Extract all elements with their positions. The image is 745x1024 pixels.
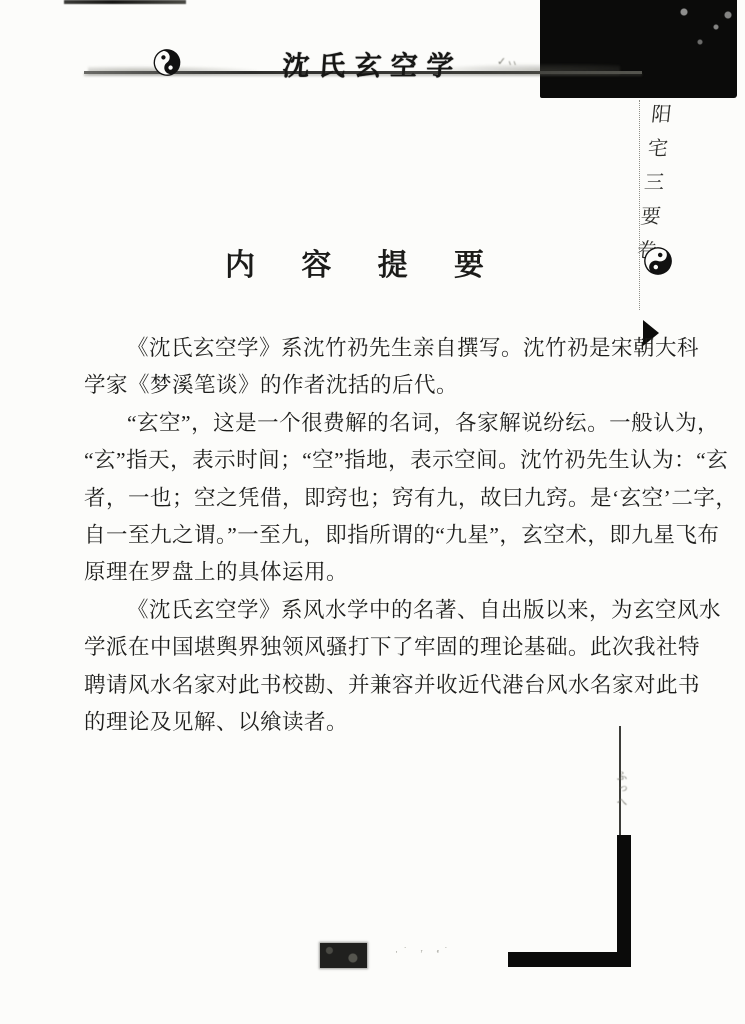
scan-streak-top-left [64,0,186,4]
paragraph-line: “玄空”，这是一个很费解的名词，各家解说纷纭。一般认为， [84,405,640,442]
side-label-char: 宅 [645,134,671,168]
side-label-char: 三 [641,168,667,202]
paragraph-line: 《沈氏玄空学》系沈竹礽先生亲自撰写。沈竹礽是宋朝大科 [84,330,640,367]
paragraph-line: 学家《梦溪笔谈》的作者沈括的后代。 [84,367,640,404]
paragraph-line: 聘请风水名家对此书校勘、并兼容并收近代港台风水名家对此书 [84,667,640,704]
faint-print-marks: · ̀ ʳ ᵉ ́ [395,947,510,957]
paragraph-line: 自一至九之谓。”一至九，即指所谓的“九星”，玄空术，即九星飞布 [84,517,640,554]
paragraph-line: “玄”指天，表示时间；“空”指地，表示空间。沈竹礽先生认为：“玄 [84,442,640,479]
paragraph-line: 者，一也；空之凭借，即窍也；窍有九，故曰九窍。是‘玄空’二字， [84,480,640,517]
side-label-char: 阳 [648,100,674,134]
scan-edge-bottom-bar [508,952,631,967]
paragraph-line: 的理论及见解、以飨读者。 [84,704,640,741]
scan-smudge-bottom [320,943,367,968]
scan-edge-thick-bar [617,835,631,967]
paragraph-line: 《沈氏玄空学》系风水学中的名著、自出版以来，为玄空风水 [84,592,640,629]
running-head-book-title: 沈氏玄空学 [0,44,745,83]
side-label-char: 要 [638,202,664,236]
page-title: 内 容 提 要 [84,240,636,284]
paragraph-line: 学派在中国堪舆界独领风骚打下了牢固的理论基础。此次我社特 [84,629,640,666]
faint-handwriting-marks: ふっへ [612,770,628,840]
body-text: 《沈氏玄空学》系沈竹礽先生亲自撰写。沈竹礽是宋朝大科 学家《梦溪笔谈》的作者沈括… [84,330,640,741]
paragraph-line: 原理在罗盘上的具体运用。 [84,554,640,591]
